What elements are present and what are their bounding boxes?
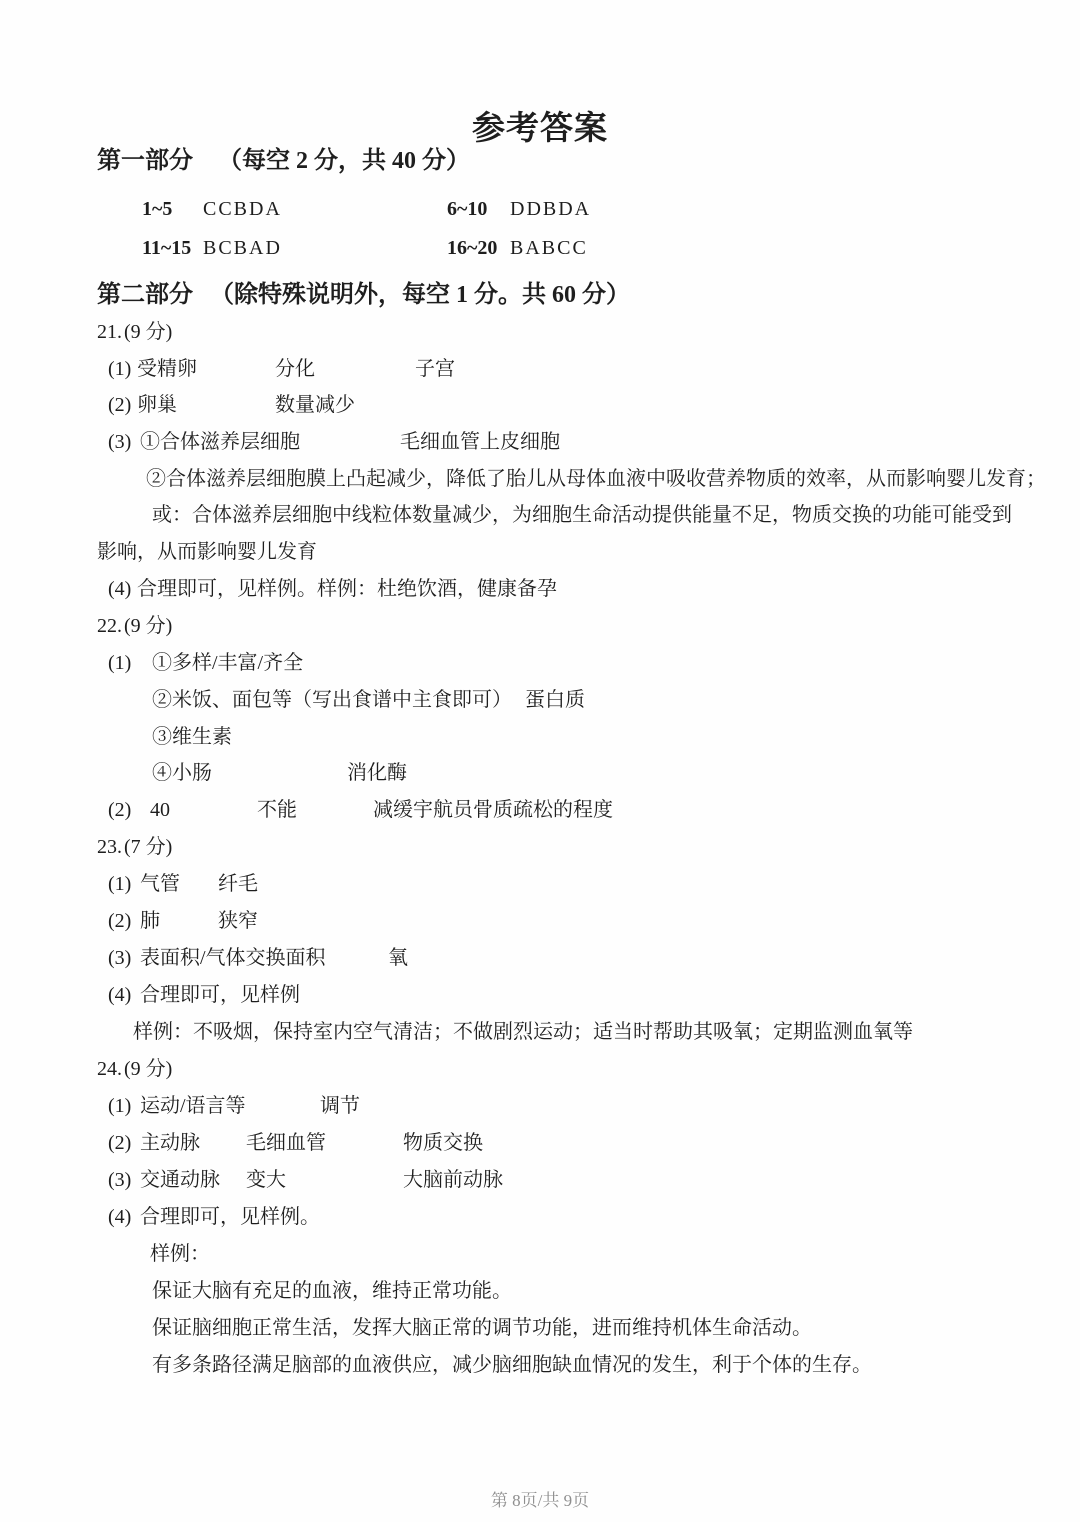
answer-text: ③维生素 (152, 724, 232, 750)
answer-text: 纤毛 (218, 871, 258, 897)
mc-letters: BCBAD (203, 235, 282, 261)
answer-text: (1) (108, 1093, 131, 1119)
answer-text: 子宫 (415, 356, 455, 382)
question-23-line-4: (4)合理即可，见样例 (0, 982, 1080, 1008)
mc-range: 6~10 (447, 196, 487, 222)
question-23-line-1: (1)气管纤毛 (0, 871, 1080, 897)
answer-text: (2) (108, 392, 131, 418)
answer-text: 40 (150, 797, 170, 823)
answer-text: (1) (108, 650, 131, 676)
part1-heading: 第一部分 （每空 2 分，共 40 分） (0, 146, 1080, 176)
answer-text: 物质交换 (403, 1130, 483, 1156)
answer-text: (1) (108, 356, 131, 382)
question-22-line-5: (2)40不能减缓宇航员骨质疏松的程度 (0, 797, 1080, 823)
answer-text: 保证大脑有充足的血液，维持正常功能。 (152, 1278, 512, 1304)
question-points: (9 分) (124, 319, 172, 345)
answer-text: 氧 (388, 945, 408, 971)
answer-text: ①合体滋养层细胞 (140, 429, 300, 455)
answer-text: 表面积/气体交换面积 (140, 945, 326, 971)
question-21-line-4: ②合体滋养层细胞膜上凸起减少，降低了胎儿从母体血液中吸收营养物质的效率，从而影响… (0, 466, 1080, 492)
answer-text: 不能 (257, 797, 297, 823)
answer-text: 交通动脉 (140, 1167, 220, 1193)
question-points: (9 分) (124, 613, 172, 639)
answer-text: 蛋白质 (525, 687, 585, 713)
question-21-line-5: 或：合体滋养层细胞中线粒体数量减少，为细胞生命活动提供能量不足，物质交换的功能可… (0, 502, 1080, 528)
question-number: 23. (97, 834, 122, 860)
question-21-line-2: (2)卵巢数量减少 (0, 392, 1080, 418)
answer-text: (4) (108, 1204, 131, 1230)
answer-text: 气管 (140, 871, 180, 897)
mc-range: 1~5 (142, 196, 172, 222)
mc-answer-row-1: 1~5CCBDA6~10DDBDA (0, 196, 1080, 222)
question-points: (9 分) (124, 1056, 172, 1082)
answer-text: 合理即可，见样例。样例：杜绝饮酒，健康备孕 (137, 576, 557, 602)
answer-text: 分化 (275, 356, 315, 382)
question-24-header: 24.(9 分) (0, 1056, 1080, 1082)
question-22-line-2: ②米饭、面包等（写出食谱中主食即可）蛋白质 (0, 687, 1080, 713)
question-23-line-3: (3)表面积/气体交换面积氧 (0, 945, 1080, 971)
question-22-line-4: ④小肠消化酶 (0, 760, 1080, 786)
question-24-line-6: 保证大脑有充足的血液，维持正常功能。 (0, 1278, 1080, 1304)
question-21-line-1: (1)受精卵分化子宫 (0, 356, 1080, 382)
question-22-header: 22.(9 分) (0, 613, 1080, 639)
answer-text: 合理即可，见样例 (140, 982, 300, 1008)
mc-answer-row-2: 11~15BCBAD16~20BABCC (0, 235, 1080, 261)
question-21-line-6: 影响，从而影响婴儿发育 (0, 539, 1080, 565)
question-23-line-5: 样例：不吸烟，保持室内空气清洁；不做剧烈运动；适当时帮助其吸氧；定期监测血氧等 (0, 1019, 1080, 1045)
part2-heading: 第二部分 （除特殊说明外，每空 1 分。共 60 分） (0, 280, 1080, 310)
answer-key-page: 参考答案 第一部分 （每空 2 分，共 40 分） 1~5CCBDA6~10DD… (0, 0, 1080, 1522)
answer-text: 数量减少 (275, 392, 355, 418)
answer-text: ①多样/丰富/齐全 (152, 650, 303, 676)
question-21-line-7: (4)合理即可，见样例。样例：杜绝饮酒，健康备孕 (0, 576, 1080, 602)
mc-letters: BABCC (510, 235, 588, 261)
answer-text: (3) (108, 945, 131, 971)
question-21-header: 21.(9 分) (0, 319, 1080, 345)
answer-text: ②米饭、面包等（写出食谱中主食即可） (152, 687, 512, 713)
question-23-header: 23.(7 分) (0, 834, 1080, 860)
page-indicator: 第 8页/共 9页 (491, 1491, 589, 1510)
answer-text: 受精卵 (137, 356, 197, 382)
part1-heading-note: （每空 2 分，共 40 分） (218, 146, 470, 176)
question-24-line-3: (3)交通动脉变大大脑前动脉 (0, 1167, 1080, 1193)
answer-text: 或：合体滋养层细胞中线粒体数量减少，为细胞生命活动提供能量不足，物质交换的功能可… (152, 502, 1012, 528)
question-24-line-5: 样例： (0, 1241, 1080, 1267)
answer-text: (2) (108, 908, 131, 934)
answer-text: 有多条路径满足脑部的血液供应，减少脑细胞缺血情况的发生，利于个体的生存。 (152, 1352, 872, 1378)
mc-range: 16~20 (447, 235, 497, 261)
answer-text: 减缓宇航员骨质疏松的程度 (373, 797, 613, 823)
question-number: 21. (97, 319, 122, 345)
answer-text: (3) (108, 1167, 131, 1193)
answer-text: 消化酶 (347, 760, 407, 786)
question-24-line-4: (4)合理即可，见样例。 (0, 1204, 1080, 1230)
answer-text: 样例：不吸烟，保持室内空气清洁；不做剧烈运动；适当时帮助其吸氧；定期监测血氧等 (133, 1019, 913, 1045)
answer-text: 卵巢 (137, 392, 177, 418)
answer-text: 肺 (140, 908, 160, 934)
mc-letters: CCBDA (203, 196, 282, 222)
question-24-line-1: (1)运动/语言等调节 (0, 1093, 1080, 1119)
answer-text: ②合体滋养层细胞膜上凸起减少，降低了胎儿从母体血液中吸收营养物质的效率，从而影响… (146, 466, 1046, 492)
question-22-line-1: (1)①多样/丰富/齐全 (0, 650, 1080, 676)
question-points: (7 分) (124, 834, 172, 860)
page-footer: 第 8页/共 9页 (0, 1486, 1080, 1511)
answer-text: (4) (108, 982, 131, 1008)
question-22-line-3: ③维生素 (0, 724, 1080, 750)
question-24-line-7: 保证脑细胞正常生活，发挥大脑正常的调节功能，进而维持机体生命活动。 (0, 1315, 1080, 1341)
question-24-line-2: (2)主动脉毛细血管物质交换 (0, 1130, 1080, 1156)
answer-text: 样例： (150, 1241, 210, 1267)
answer-text: (2) (108, 797, 131, 823)
question-number: 22. (97, 613, 122, 639)
answer-text: (1) (108, 871, 131, 897)
part2-heading-label: 第二部分 (97, 280, 193, 310)
answer-text: 毛细血管 (246, 1130, 326, 1156)
question-number: 24. (97, 1056, 122, 1082)
answer-text: 调节 (320, 1093, 360, 1119)
question-21-line-3: (3)①合体滋养层细胞毛细血管上皮细胞 (0, 429, 1080, 455)
answer-text: 保证脑细胞正常生活，发挥大脑正常的调节功能，进而维持机体生命活动。 (152, 1315, 812, 1341)
question-23-line-2: (2)肺狭窄 (0, 908, 1080, 934)
answer-text: 影响，从而影响婴儿发育 (97, 539, 317, 565)
answer-text: 运动/语言等 (140, 1093, 246, 1119)
answer-text: (2) (108, 1130, 131, 1156)
answer-text: (4) (108, 576, 131, 602)
answer-text: (3) (108, 429, 131, 455)
question-24-line-8: 有多条路径满足脑部的血液供应，减少脑细胞缺血情况的发生，利于个体的生存。 (0, 1352, 1080, 1378)
part1-heading-label: 第一部分 (97, 146, 193, 176)
answer-text: 变大 (246, 1167, 286, 1193)
mc-range: 11~15 (142, 235, 191, 261)
page-title: 参考答案 (0, 102, 1080, 149)
mc-letters: DDBDA (510, 196, 591, 222)
answer-text: ④小肠 (152, 760, 212, 786)
answer-text: 狭窄 (218, 908, 258, 934)
answer-text: 毛细血管上皮细胞 (400, 429, 560, 455)
answer-text: 合理即可，见样例。 (140, 1204, 320, 1230)
part2-heading-note: （除特殊说明外，每空 1 分。共 60 分） (210, 280, 630, 310)
answer-text: 主动脉 (140, 1130, 200, 1156)
answer-text: 大脑前动脉 (403, 1167, 503, 1193)
